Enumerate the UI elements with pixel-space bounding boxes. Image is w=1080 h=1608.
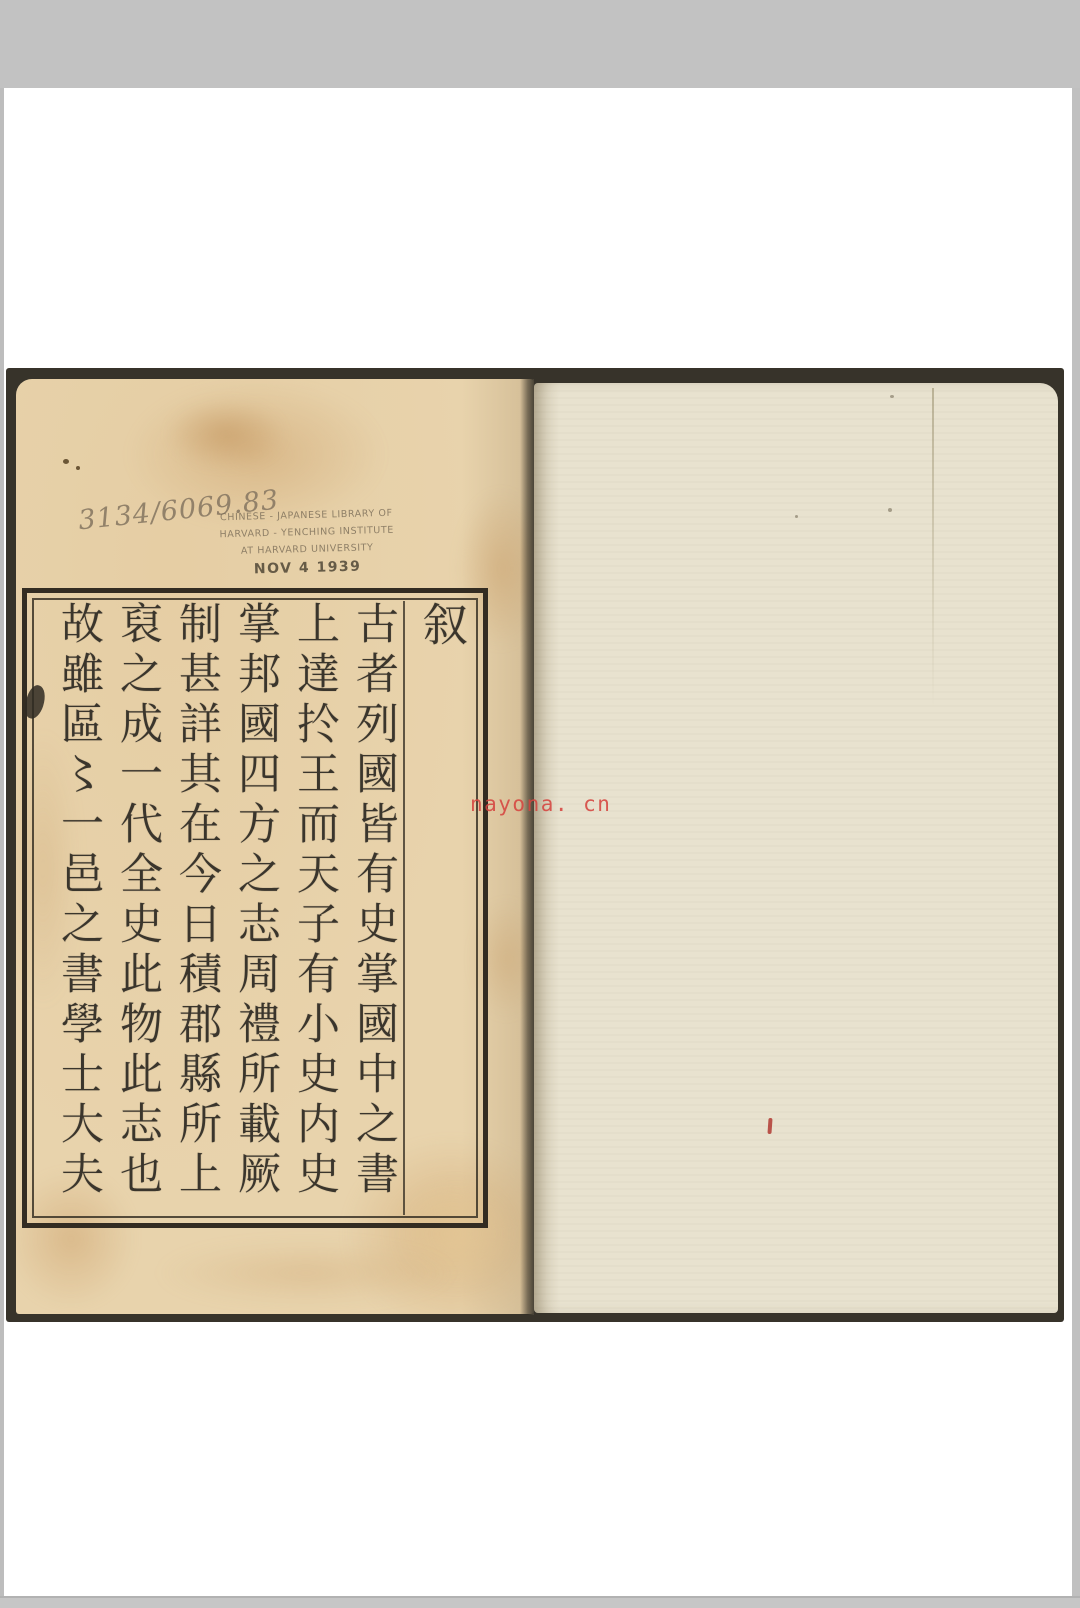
- text-frame: 叙 古者列國皆有史掌國中之書上達扵王而天子有小史内史掌邦國四方之志周禮所載厥制甚…: [22, 588, 488, 1228]
- scan-bottom-bar: [0, 1596, 1080, 1608]
- paper-crease: [932, 388, 934, 708]
- right-page: [534, 383, 1058, 1313]
- left-page: 3134/6069.83 CHINESE - JAPANESE LIBRARY …: [16, 379, 534, 1314]
- text-column-1: 古者列國皆有史掌國中之書: [344, 601, 403, 1215]
- right-page-speck-3: [890, 395, 894, 398]
- scan-left-edge: [0, 88, 4, 1596]
- text-column-3: 掌邦國四方之志周禮所載厥: [226, 601, 285, 1215]
- corner-speck-1: [63, 459, 69, 464]
- date-stamp: NOV 4 1939: [203, 557, 413, 579]
- text-column-5: 裒之成一代全史此物此志也: [108, 601, 167, 1215]
- text-column-4: 制甚詳其在今日積郡縣所上: [167, 601, 226, 1215]
- scan-right-edge: [1072, 88, 1080, 1596]
- title-column: 叙: [403, 601, 475, 1215]
- book-photo: 3134/6069.83 CHINESE - JAPANESE LIBRARY …: [6, 368, 1064, 1322]
- corner-speck-2: [76, 466, 80, 470]
- gutter-shadow: [520, 379, 534, 1315]
- stain-top-center-core: [166, 399, 286, 469]
- stain-below-frame: [156, 1241, 456, 1305]
- right-page-speck-2: [795, 515, 798, 518]
- scan-top-bar: [0, 0, 1080, 88]
- text-columns: 叙 古者列國皆有史掌國中之書上達扵王而天子有小史内史掌邦國四方之志周禮所載厥制甚…: [27, 593, 483, 1223]
- library-stamp: CHINESE - JAPANESE LIBRARY OF HARVARD - …: [201, 504, 413, 579]
- text-column-6: 故雖區〻一邑之書學士大夫: [49, 601, 108, 1215]
- watermark: nayona. cn: [470, 792, 611, 816]
- red-speck: [767, 1118, 772, 1134]
- right-page-speck-1: [888, 508, 892, 512]
- text-column-2: 上達扵王而天子有小史内史: [285, 601, 344, 1215]
